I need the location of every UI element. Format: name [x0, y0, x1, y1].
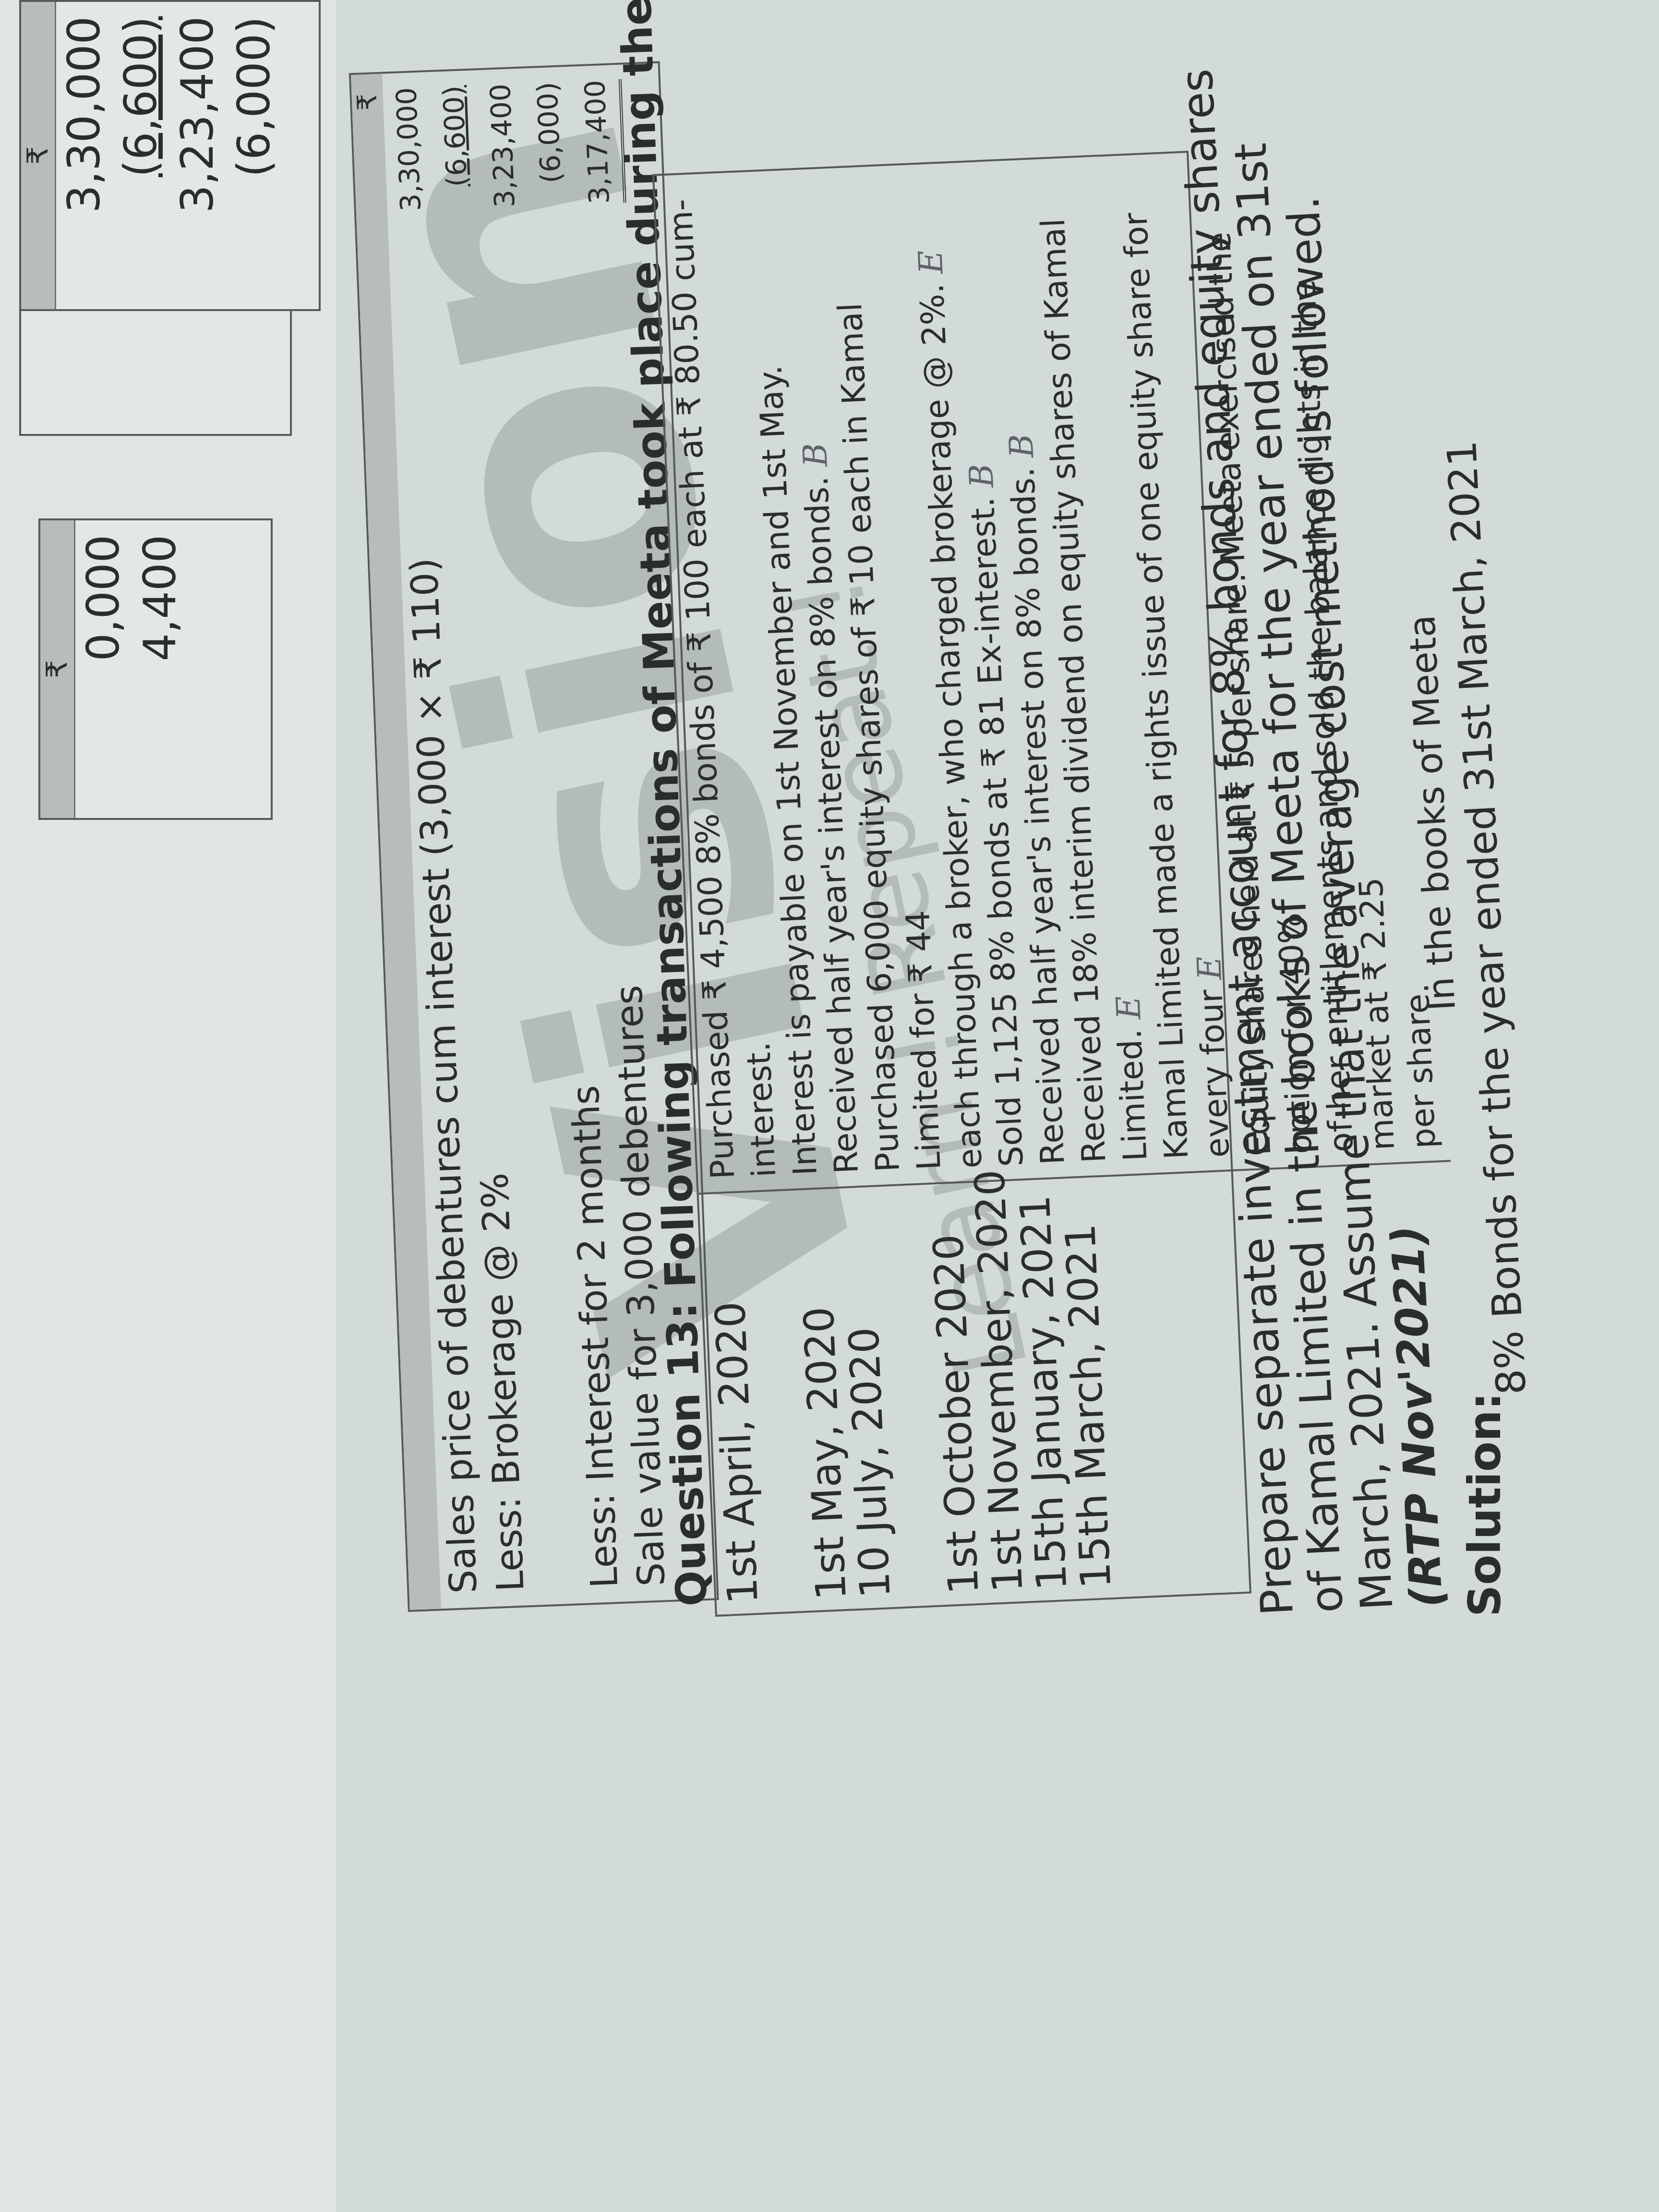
handwritten-mark: E: [912, 249, 950, 275]
handwritten-mark: B: [796, 442, 835, 468]
solution-heading: Solution:: [1459, 1392, 1511, 1617]
transactions-table: 1st April, 2020 1st May, 2020 10 July, 2…: [652, 151, 1251, 1617]
handwritten-mark: B: [1002, 433, 1041, 458]
previous-table-middle: ₹ 0,000 4,400: [38, 518, 273, 820]
handwritten-mark: E: [1109, 995, 1148, 1021]
textbook-page: - 3,400 4,20,000 9,56,200 ₹ 0,000 4,400: [0, 0, 1659, 2212]
previous-page: - 3,400 4,20,000 9,56,200 ₹ 0,000 4,400: [0, 0, 339, 2212]
current-page: Vision Learn ! Repeat ! ₹ Sales price of…: [336, 0, 1659, 2212]
previous-table-right: ₹ 3,30,000 (6,600) 3,23,400 (6,000): [19, 0, 321, 311]
handwritten-mark: B: [962, 463, 1001, 488]
